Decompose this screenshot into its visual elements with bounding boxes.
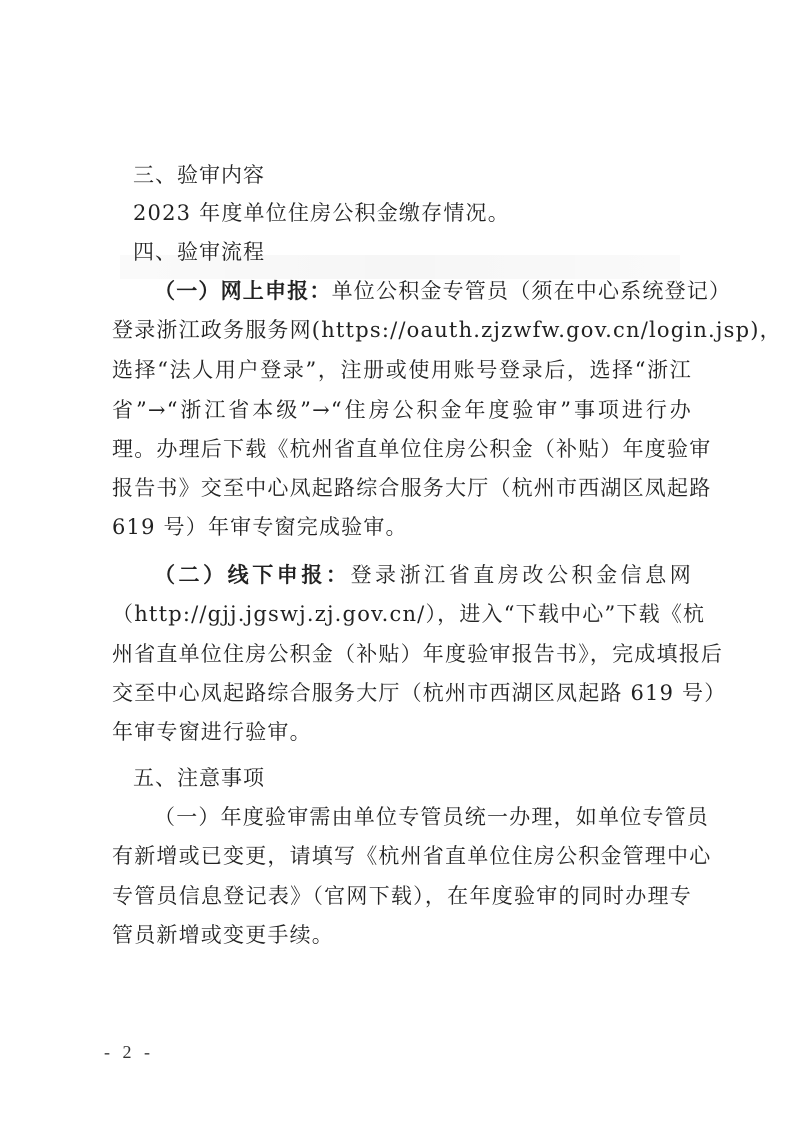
section-4-item-1-line-2: 登录浙江政务服务网(https://oauth.zjzwfw.gov.cn/lo… bbox=[112, 315, 692, 345]
section-5-heading: 五、注意事项 bbox=[133, 763, 713, 793]
offline-declaration-label: （二）线下申报： bbox=[154, 563, 351, 587]
section-4-item-2-line-2: （http://gjj.jgswj.zj.gov.cn/），进入“下载中心”下载… bbox=[112, 599, 692, 629]
section-4-item-2-line-4: 交至中心凤起路综合服务大厅（杭州市西湖区凤起路 619 号） bbox=[112, 678, 692, 708]
section-4-item-1-line-4: 省”→“浙江省本级”→“住房公积金年度验审”事项进行办 bbox=[112, 395, 692, 425]
section-4-heading: 四、验审流程 bbox=[133, 237, 713, 267]
section-5-item-1-line-1: （一）年度验审需由单位专管员统一办理，如单位专管员 bbox=[154, 802, 692, 832]
section-4-item-1-line-1: （一）网上申报：单位公积金专管员（须在中心系统登记） bbox=[154, 276, 692, 306]
page-number: - 2 - bbox=[104, 1042, 154, 1063]
document-page: 三、验审内容 2023 年度单位住房公积金缴存情况。 四、验审流程 （一）网上申… bbox=[0, 0, 800, 1132]
section-4-item-2-line-1: （二）线下申报：登录浙江省直房改公积金信息网 bbox=[154, 560, 692, 590]
section-4-item-1-line-5: 理。办理后下载《杭州省直单位住房公积金（补贴）年度验审 bbox=[112, 434, 692, 464]
section-5-item-1-line-4: 管员新增或变更手续。 bbox=[112, 920, 692, 950]
section-4-item-2-line-5: 年审专窗进行验审。 bbox=[112, 717, 692, 747]
section-4-item-1-line-6: 报告书》交至中心凤起路综合服务大厅（杭州市西湖区凤起路 bbox=[112, 473, 692, 503]
section-5-item-1-line-2: 有新增或已变更，请填写《杭州省直单位住房公积金管理中心 bbox=[112, 841, 692, 871]
section-3-body: 2023 年度单位住房公积金缴存情况。 bbox=[133, 198, 713, 228]
section-3-heading: 三、验审内容 bbox=[133, 160, 713, 190]
section-4-item-1-line-7: 619 号）年审专窗完成验审。 bbox=[112, 512, 692, 542]
section-5-item-1-line-3: 专管员信息登记表》（官网下载），在年度验审的同时办理专 bbox=[112, 881, 692, 911]
online-declaration-label: （一）网上申报： bbox=[154, 279, 332, 303]
section-4-item-1-line-3: 选择“法人用户登录”，注册或使用账号登录后，选择“浙江 bbox=[112, 355, 692, 385]
section-4-item-2-line-3: 州省直单位住房公积金（补贴）年度验审报告书》，完成填报后 bbox=[112, 639, 692, 669]
